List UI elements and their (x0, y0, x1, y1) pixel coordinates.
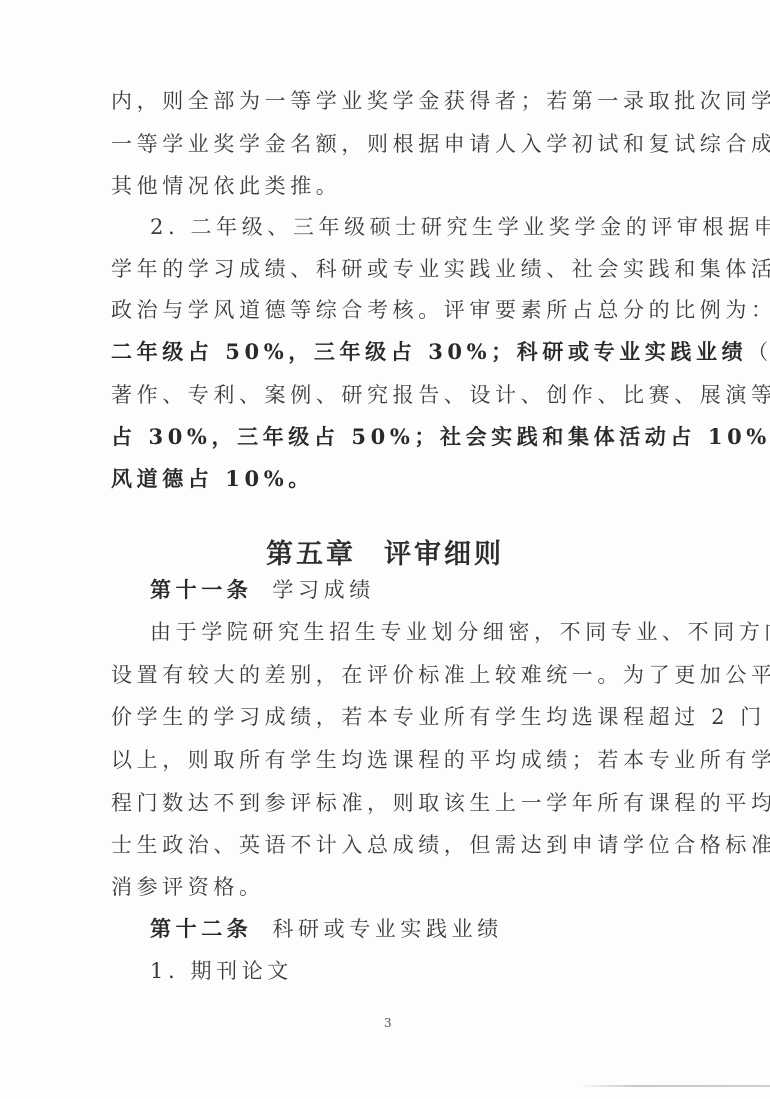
paragraph-line: 著作、专利、案例、研究报告、设计、创作、比赛、展演等）二年级 (111, 382, 671, 408)
list-item: 1. 期刊论文 (150, 958, 710, 984)
paragraph-line: 占 30%，三年级占 50%；社会实践和集体活动占 10%；思想政治与学 (111, 424, 671, 450)
paragraph-line: 价学生的学习成绩，若本专业所有学生均选课程超过 2 门（含 2 门） (111, 704, 671, 730)
normal-text: 著作、专利、案例、研究报告、设计、创作、比赛、展演等） (111, 383, 770, 407)
bold-text: 二年级占 50%，三年级占 30%；科研或专业实践业绩 (111, 339, 747, 364)
paragraph-line: 政治与学风道德等综合考核。评审要素所占总分的比例为：学习成绩 (111, 297, 671, 323)
scan-edge-shadow (577, 1085, 770, 1087)
paragraph-line: 士生政治、英语不计入总成绩，但需达到申请学位合格标准，否则取 (111, 832, 671, 858)
document-page: 内，则全部为一等学业奖学金获得者；若第一录取批次同学数量多于 一等学业奖学金名额… (0, 0, 770, 1099)
paragraph-line: 2. 二年级、三年级硕士研究生学业奖学金的评审根据申请人前一 (150, 214, 710, 240)
paragraph-line: 其他情况依此类推。 (111, 173, 671, 199)
article-heading: 第十二条科研或专业实践业绩 (150, 916, 710, 942)
paragraph-line: 内，则全部为一等学业奖学金获得者；若第一录取批次同学数量多于 (111, 88, 671, 114)
article-title: 学习成绩 (272, 578, 374, 602)
chapter-name: 评审细则 (384, 539, 504, 570)
chapter-number: 第五章 (266, 539, 356, 570)
paragraph-line: 一等学业奖学金名额，则根据申请人入学初试和复试综合成绩评定； (111, 131, 671, 157)
page-number: 3 (384, 1016, 392, 1030)
article-title: 科研或专业实践业绩 (272, 917, 502, 941)
paragraph-line: 由于学院研究生招生专业划分细密，不同专业、不同方向的课程 (150, 619, 710, 645)
paragraph-line: 程门数达不到参评标准，则取该生上一学年所有课程的平均成绩。硕 (111, 790, 671, 816)
paragraph-line: 风道德占 10%。 (111, 466, 671, 492)
normal-text: （含项目、论文、 (747, 340, 770, 364)
paragraph-line: 二年级占 50%，三年级占 30%；科研或专业实践业绩（含项目、论文、 (111, 339, 671, 365)
paragraph-line: 设置有较大的差别，在评价标准上较难统一。为了更加公平、客观评 (111, 662, 671, 688)
chapter-title: 第五章评审细则 (0, 532, 770, 571)
paragraph-line: 以上，则取所有学生均选课程的平均成绩；若本专业所有学生均选课 (111, 747, 671, 773)
article-heading: 第十一条学习成绩 (150, 577, 710, 603)
article-number: 第十一条 (150, 577, 252, 602)
normal-text: 政治与学风道德等综合考核。评审要素所占总分的比例为： (111, 298, 770, 322)
paragraph-line: 学年的学习成绩、科研或专业实践业绩、社会实践和集体活动、思想 (111, 256, 671, 282)
paragraph-line: 消参评资格。 (111, 874, 671, 900)
article-number: 第十二条 (150, 916, 252, 941)
